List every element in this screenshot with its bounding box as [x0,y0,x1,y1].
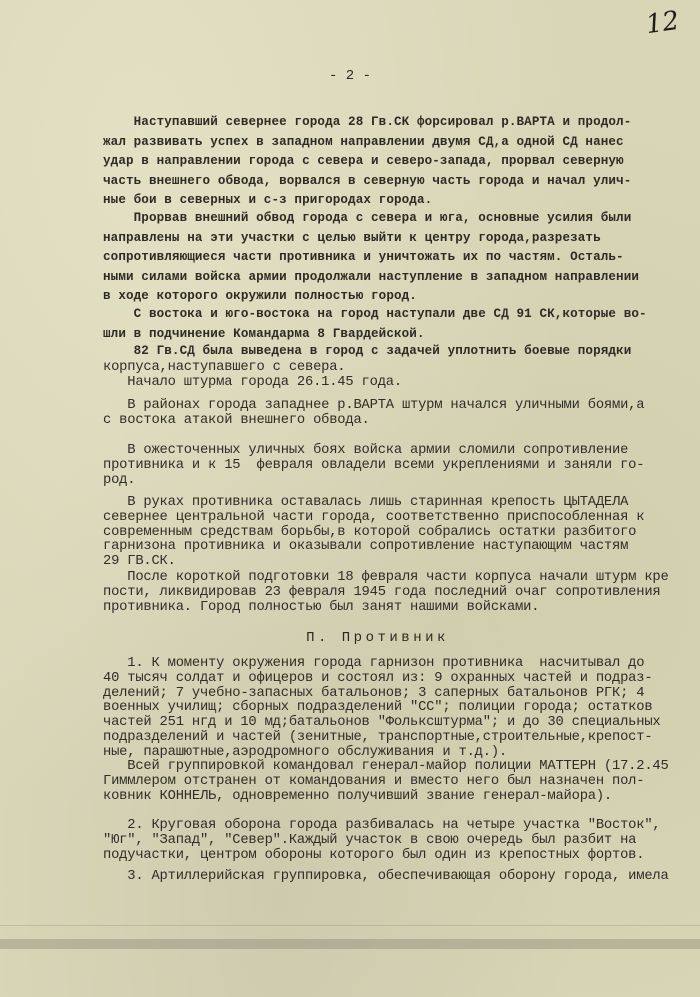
paragraph-28-gv-sk: Наступавший севернее города 28 Гв.СК фор… [103,113,698,211]
fold-stain [0,939,700,949]
handwritten-folio-number: 12 [644,6,681,40]
paragraph-city-captured: После короткой подготовки 18 февраля час… [103,571,698,615]
paragraph-warta-assault: В районах города западнее р.ВАРТА штурм … [103,399,698,429]
paragraph-perimeter-defense: 2. Круговая оборона города разбивалась н… [103,819,698,863]
paragraph-91-sk: С востока и юго-востока на город наступа… [103,305,698,344]
paragraph-garrison: 1. К моменту окружения города гарнизон п… [103,657,698,761]
paragraph-citadel: В руках противника оставалась лишь стари… [103,496,698,570]
paragraph-artillery: 3. Артиллерийская группировка, обеспечив… [103,870,698,885]
paragraph-commander: Всей группировкой командовал генерал-май… [103,760,698,804]
paragraph-assault-start: корпуса,наступавшего с севера. Начало шт… [103,361,698,391]
paragraph-breakthrough: Прорвав внешний обвод города с севера и … [103,209,698,307]
bleed-through-line [0,925,700,926]
document-page: 12 - 2 - Наступавший севернее города 28 … [0,0,700,997]
paragraph-82-gv-sd: 82 Гв.СД была выведена в город с задачей… [103,342,698,362]
page-number: - 2 - [0,68,700,84]
section-heading-enemy: П. Противник [0,630,700,646]
paragraph-street-fighting: В ожесточенных уличных боях войска армии… [103,444,698,488]
